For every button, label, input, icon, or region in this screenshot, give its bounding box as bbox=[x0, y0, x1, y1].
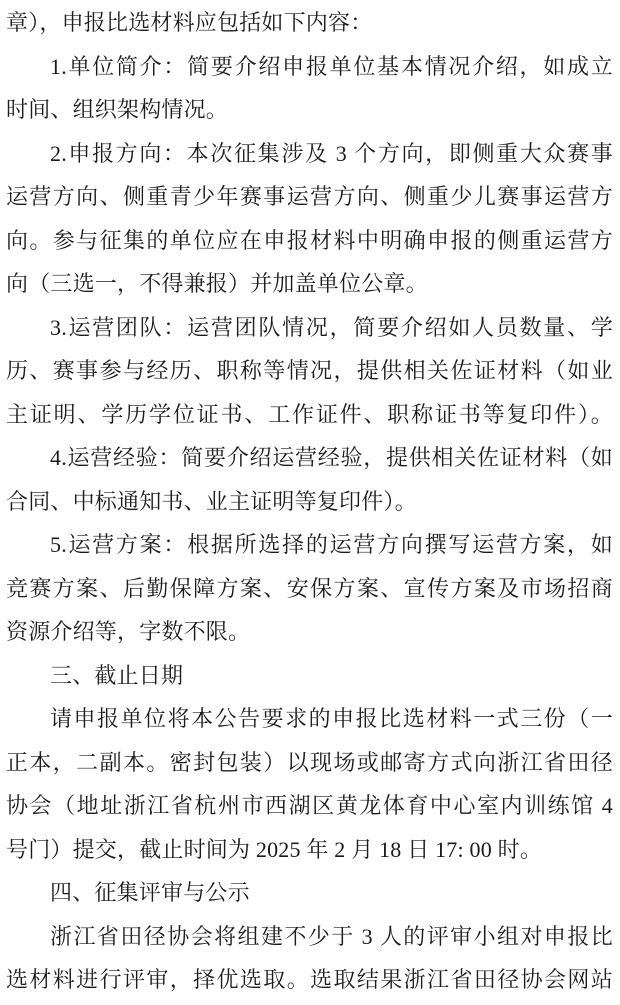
text-line: 章），申报比选材料应包括如下内容： bbox=[6, 1, 613, 45]
text-line: 浙江省田径协会将组建不少于 3 人的评审小组对申报比 bbox=[6, 915, 613, 959]
text-line: 3.运营团队：运营团队情况，简要介绍如人员数量、学 bbox=[6, 306, 613, 350]
text-line: 请申报单位将本公告要求的申报比选材料一式三份（一 bbox=[6, 697, 613, 741]
section-heading: 四、征集评审与公示 bbox=[6, 871, 613, 915]
text-line: 时间、组织架构情况。 bbox=[6, 88, 613, 132]
document-page: 章），申报比选材料应包括如下内容： 1.单位简介：简要介绍申报单位基本情况介绍，… bbox=[0, 0, 620, 1005]
text-line: 竞赛方案、后勤保障方案、安保方案、宣传方案及市场招商 bbox=[6, 567, 613, 611]
text-line: 号门）提交，截止时间为 2025 年 2 月 18 日 17: 00 时。 bbox=[6, 828, 613, 872]
text-line: 合同、中标通知书、业主证明等复印件）。 bbox=[6, 480, 613, 524]
text-line: 1.单位简介：简要介绍申报单位基本情况介绍，如成立 bbox=[6, 45, 613, 89]
text-line: 协会（地址浙江省杭州市西湖区黄龙体育中心室内训练馆 4 bbox=[6, 784, 613, 828]
text-line: 运营方向、侧重青少年赛事运营方向、侧重少儿赛事运营方 bbox=[6, 175, 613, 219]
text-line: 主证明、学历学位证书、工作证件、职称证书等复印件）。 bbox=[6, 393, 613, 437]
text-line: 2.申报方向：本次征集涉及 3 个方向，即侧重大众赛事 bbox=[6, 132, 613, 176]
section-heading: 三、截止日期 bbox=[6, 654, 613, 698]
text-line: 选材料进行评审，择优选取。选取结果浙江省田径协会网站 bbox=[6, 958, 613, 1002]
text-line: 历、赛事参与经历、职称等情况，提供相关佐证材料（如业 bbox=[6, 349, 613, 393]
text-line: 4.运营经验：简要介绍运营经验，提供相关佐证材料（如 bbox=[6, 436, 613, 480]
text-line: 5.运营方案：根据所选择的运营方向撰写运营方案，如 bbox=[6, 523, 613, 567]
text-line: 向（三选一，不得兼报）并加盖单位公章。 bbox=[6, 262, 613, 306]
text-line: 资源介绍等，字数不限。 bbox=[6, 610, 613, 654]
text-line: 正本，二副本。密封包装）以现场或邮寄方式向浙江省田径 bbox=[6, 741, 613, 785]
text-line: 向。参与征集的单位应在申报材料中明确申报的侧重运营方 bbox=[6, 219, 613, 263]
